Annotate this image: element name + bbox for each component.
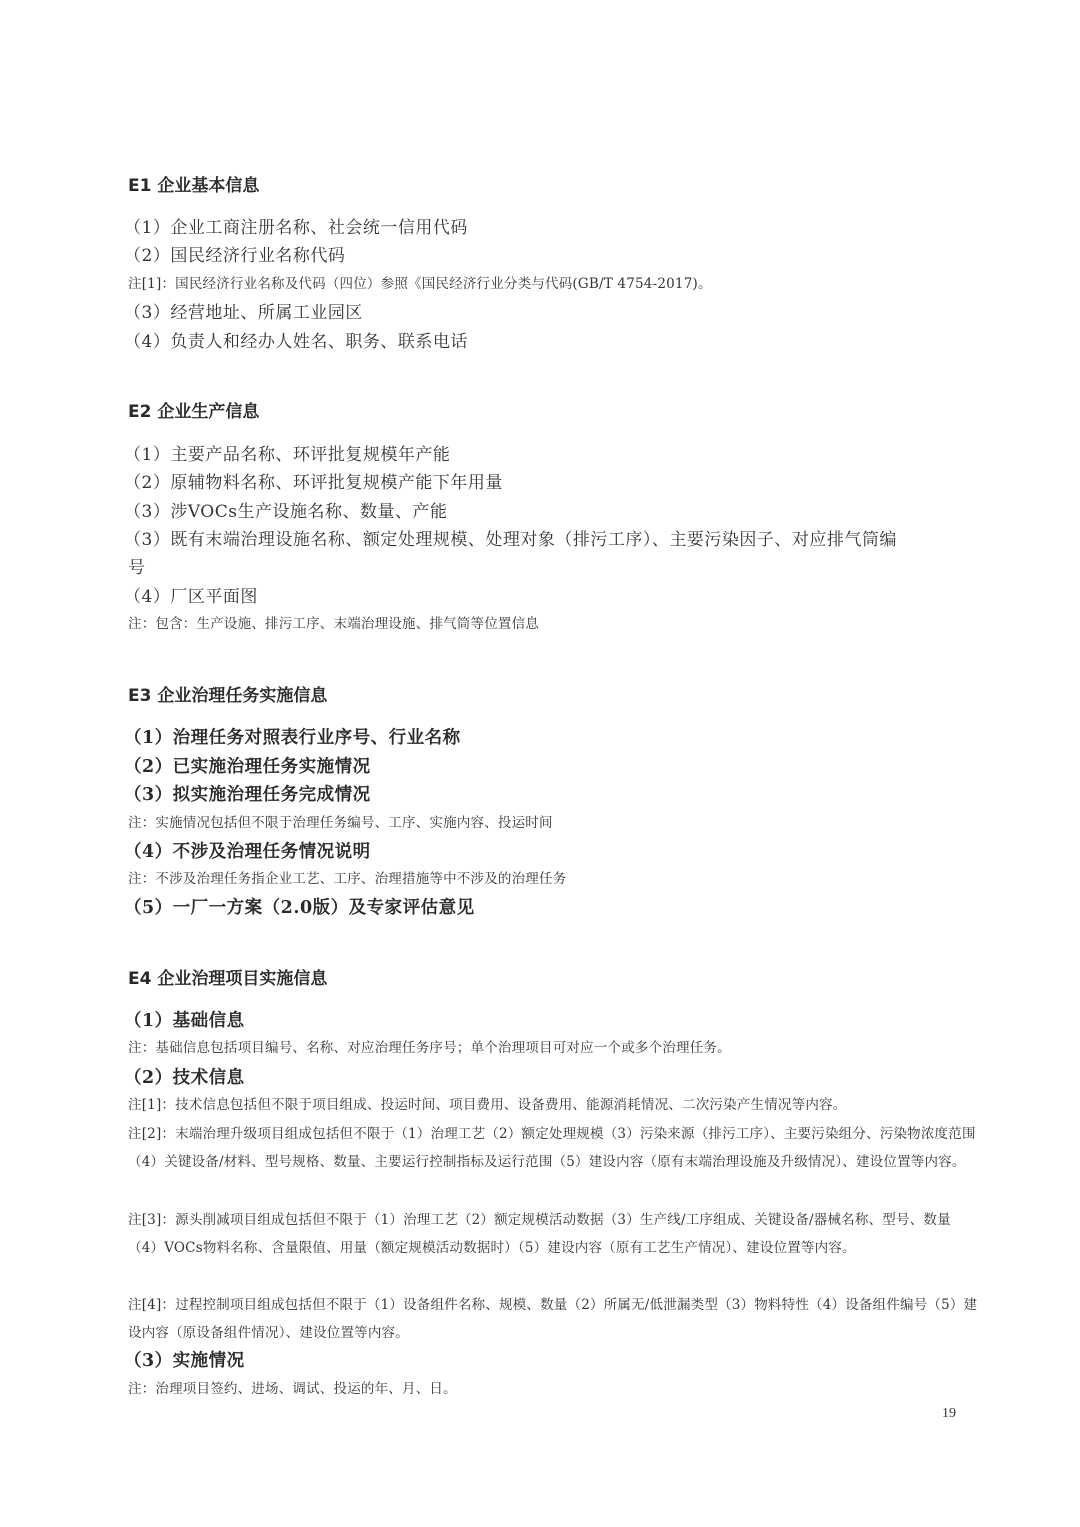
list-item: （1）企业工商注册名称、社会统一信用代码 bbox=[124, 220, 468, 237]
list-item: （5）一厂一方案（2.0版）及专家评估意见 bbox=[124, 900, 475, 918]
section-heading-e4: E4 企业治理项目实施信息 bbox=[128, 971, 327, 988]
subheading-technical-info: （2）技术信息 bbox=[124, 1070, 245, 1088]
list-item: （4）厂区平面图 bbox=[124, 589, 258, 606]
subheading-basic-info: （1）基础信息 bbox=[124, 1013, 245, 1031]
note: 注：不涉及治理任务指企业工艺、工序、治理措施等中不涉及的治理任务 bbox=[128, 873, 566, 887]
page-number: 19 bbox=[942, 1406, 956, 1422]
list-item: （2）原辅物料名称、环评批复规模产能下年用量 bbox=[124, 475, 503, 492]
note-paragraph: 注[2]：末端治理升级项目组成包括但不限于（1）治理工艺（2）额定处理规模（3）… bbox=[128, 1120, 980, 1176]
list-item: （1）治理任务对照表行业序号、行业名称 bbox=[124, 730, 461, 748]
note-paragraph: 注[3]：源头削减项目组成包括但不限于（1）治理工艺（2）额定规模活动数据（3）… bbox=[128, 1206, 980, 1262]
section-heading-e1: E1 企业基本信息 bbox=[128, 178, 259, 195]
list-item: （4）负责人和经办人姓名、职务、联系电话 bbox=[124, 334, 468, 351]
note: 注[1]：技术信息包括但不限于项目组成、投运时间、项目费用、设备费用、能源消耗情… bbox=[128, 1099, 846, 1113]
note: 注：治理项目签约、进场、调试、投运的年、月、日。 bbox=[128, 1383, 457, 1397]
note: 注：实施情况包括但不限于治理任务编号、工序、实施内容、投运时间 bbox=[128, 817, 553, 831]
section-heading-e2: E2 企业生产信息 bbox=[128, 404, 259, 421]
document-page: E1 企业基本信息 （1）企业工商注册名称、社会统一信用代码 （2）国民经济行业… bbox=[0, 0, 1080, 1527]
list-item: （3）既有末端治理设施名称、额定处理规模、处理对象（排污工序）、主要污染因子、对… bbox=[124, 532, 897, 549]
note: 注：基础信息包括项目编号、名称、对应治理任务序号；单个治理项目可对应一个或多个治… bbox=[128, 1042, 731, 1056]
list-item: （4）不涉及治理任务情况说明 bbox=[124, 844, 371, 862]
subheading-implementation: （3）实施情况 bbox=[124, 1353, 245, 1371]
list-item: （3）经营地址、所属工业园区 bbox=[124, 305, 363, 322]
list-item: （1）主要产品名称、环评批复规模年产能 bbox=[124, 447, 450, 464]
list-item: （2）已实施治理任务实施情况 bbox=[124, 759, 371, 777]
list-item: （3）拟实施治理任务完成情况 bbox=[124, 787, 371, 805]
note: 注[1]：国民经济行业名称及代码（四位）参照《国民经济行业分类与代码(GB/T … bbox=[128, 278, 712, 292]
note-paragraph: 注[4]：过程控制项目组成包括但不限于（1）设备组件名称、规模、数量（2）所属无… bbox=[128, 1291, 980, 1347]
section-heading-e3: E3 企业治理任务实施信息 bbox=[128, 688, 327, 705]
list-item-continuation: 号 bbox=[128, 560, 146, 577]
note: 注：包含：生产设施、排污工序、末端治理设施、排气筒等位置信息 bbox=[128, 618, 539, 632]
list-item: （3）涉VOCs生产设施名称、数量、产能 bbox=[124, 504, 447, 521]
list-item: （2）国民经济行业名称代码 bbox=[124, 248, 345, 265]
